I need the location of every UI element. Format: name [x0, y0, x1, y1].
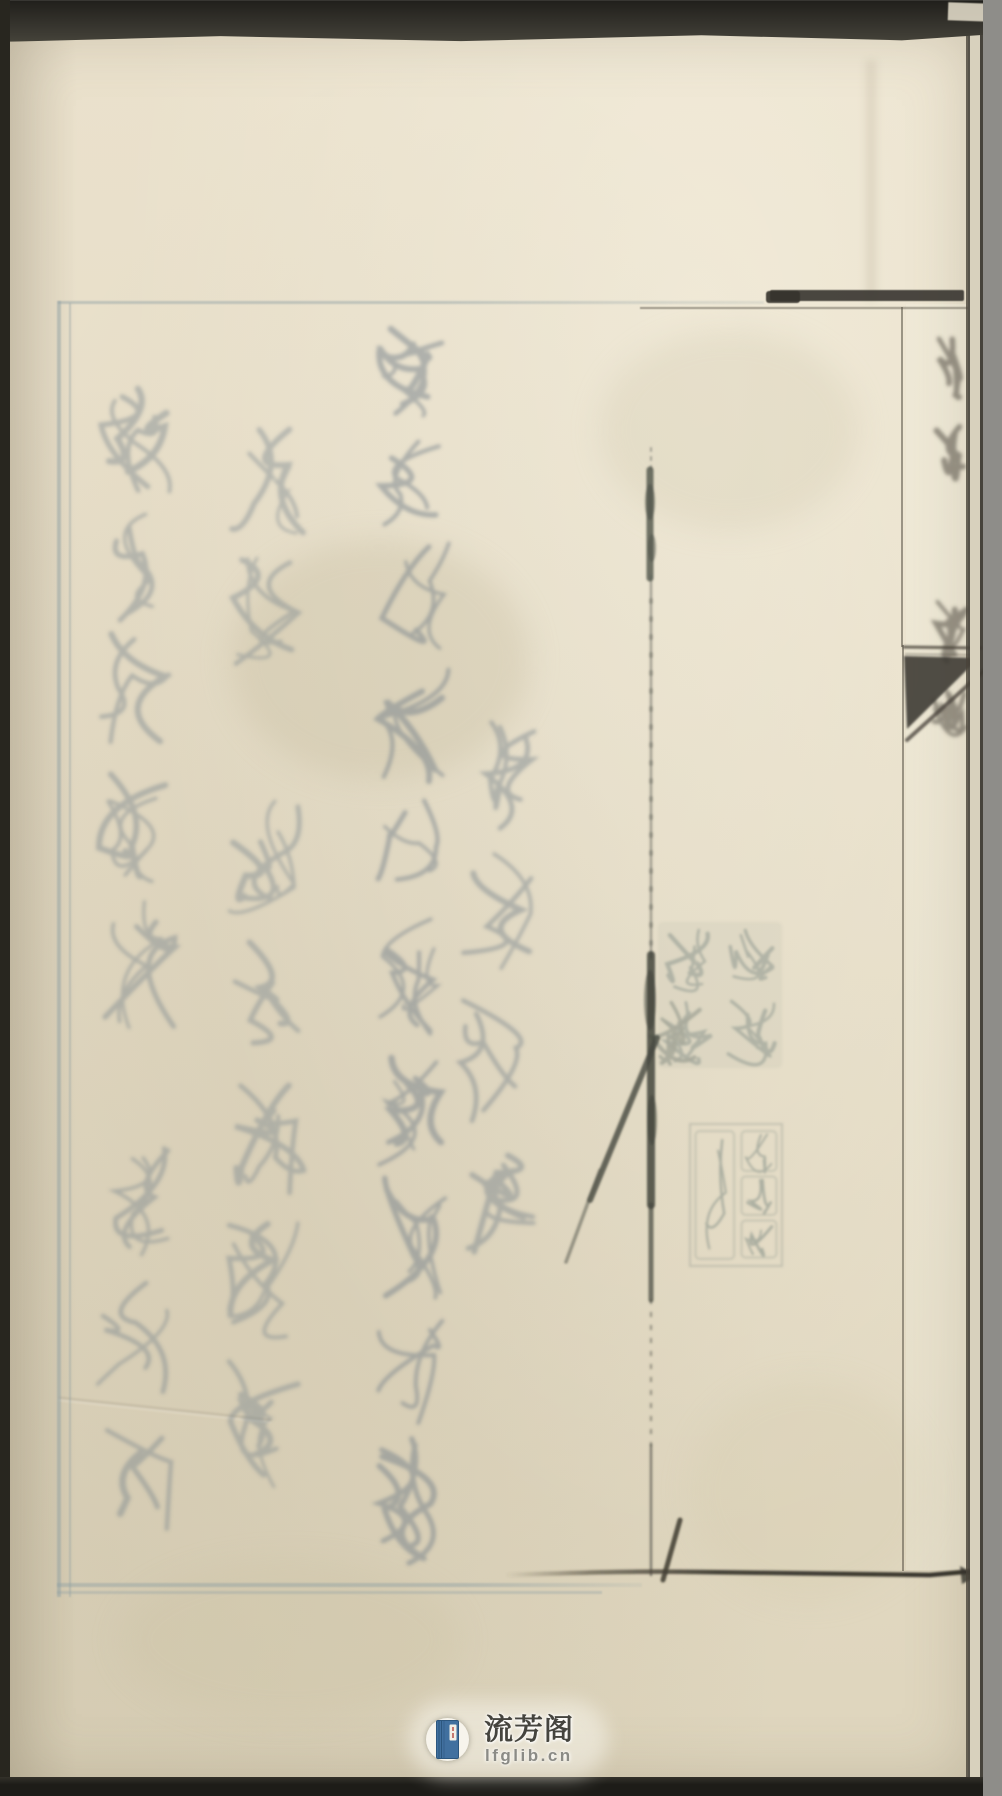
page-edge-sliver	[970, 34, 980, 1780]
scanned-book-page: 流芳阁 lfglib.cn	[0, 0, 1002, 1796]
scan-backdrop	[983, 0, 1002, 1796]
top-right-ink-blob	[766, 291, 800, 303]
inner-frame-bottom-inner	[57, 1591, 602, 1594]
book-binding-top	[0, 0, 1002, 42]
inner-frame-left-outer	[57, 301, 61, 1597]
book-binding-left	[0, 0, 10, 1796]
watermark-badge	[426, 1718, 469, 1761]
watermark-site-url: lfglib.cn	[485, 1746, 615, 1766]
book-icon	[426, 1718, 469, 1761]
paper-stain	[230, 540, 530, 780]
book-binding-bottom	[0, 1777, 985, 1796]
inner-frame-left-inner	[69, 303, 71, 1597]
inner-frame-bottom-outer	[57, 1583, 642, 1587]
column-rule-right	[901, 307, 903, 647]
column-rule-right	[902, 645, 904, 1571]
paper-stain	[600, 330, 860, 530]
paper-stain	[690, 1380, 930, 1600]
right-column-highlight	[906, 304, 966, 1570]
inner-frame-top	[58, 301, 764, 304]
watermark-site-name: 流芳阁	[484, 1713, 604, 1747]
column-head-rule	[640, 307, 968, 309]
paper-streak	[866, 60, 876, 300]
